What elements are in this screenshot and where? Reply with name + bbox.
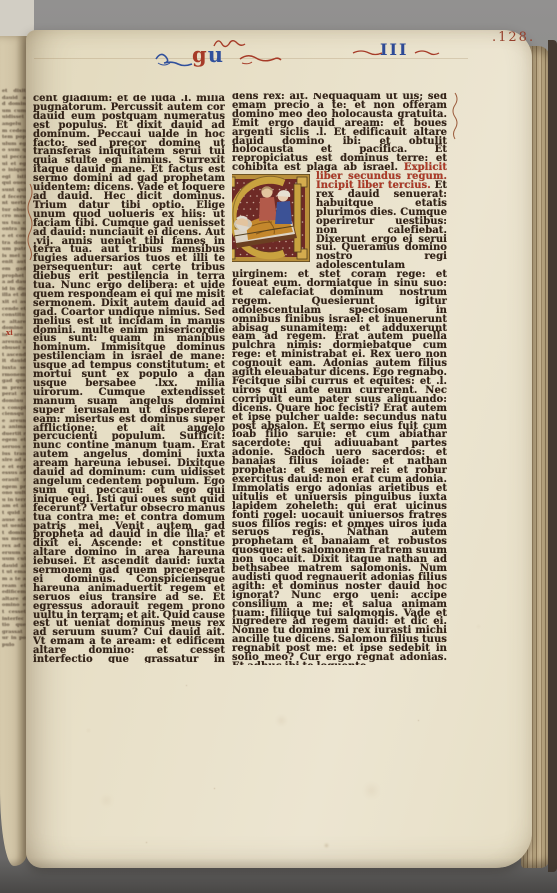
abisag-robe [275, 201, 292, 224]
margin-correction-squiggle-right [450, 92, 460, 142]
facing-page-chapter-mark: xi [6, 328, 13, 337]
red-flourish-left-of-numeral [352, 49, 382, 57]
red-flourish-right-of-numeral [414, 49, 440, 57]
right-column-text-before-rubric: dens rex: ait. Nequaquam ut uis; sed ema… [232, 93, 447, 173]
margin-correction-squiggle-left [26, 182, 34, 272]
text-column-left: cent gladium: et de iuda .l. milia pugna… [33, 95, 225, 663]
facing-page-edge: et dixit dauid ad dominum cum uidisset a… [0, 36, 27, 866]
david-in-bed-miniature [232, 174, 310, 262]
left-column-body-text: cent gladium: et de iuda .l. milia pugna… [33, 95, 225, 663]
book-edge-shadow [548, 40, 557, 872]
attendant-robe [259, 197, 277, 221]
blue-penwork-flourish [154, 50, 194, 68]
historiated-initial-miniature [232, 174, 310, 262]
text-column-right: dens rex: ait. Nequaquam ut uis; sed ema… [232, 93, 447, 665]
facing-page-edge-text: et dixit dauid ad dominum cum uidisset a… [2, 88, 26, 708]
initial-letter-e-spine [294, 184, 301, 252]
book-numeral-block: III [352, 41, 438, 67]
red-penwork-flourish-right [238, 52, 282, 66]
table-shadow [0, 858, 557, 893]
running-title-letter-u: u [208, 42, 224, 67]
manuscript-page: gu III .128. cent gladium: et de iuda .l… [26, 30, 532, 868]
folio-number: .128. [492, 30, 535, 45]
running-title: gu [154, 36, 284, 76]
parchment-stains [26, 30, 27, 31]
corner-square-bl [232, 249, 235, 259]
book-numeral: III [380, 41, 408, 59]
running-title-letters: gu [192, 44, 224, 66]
running-title-letter-g: g [192, 42, 208, 67]
corner-square-tl [232, 177, 235, 187]
